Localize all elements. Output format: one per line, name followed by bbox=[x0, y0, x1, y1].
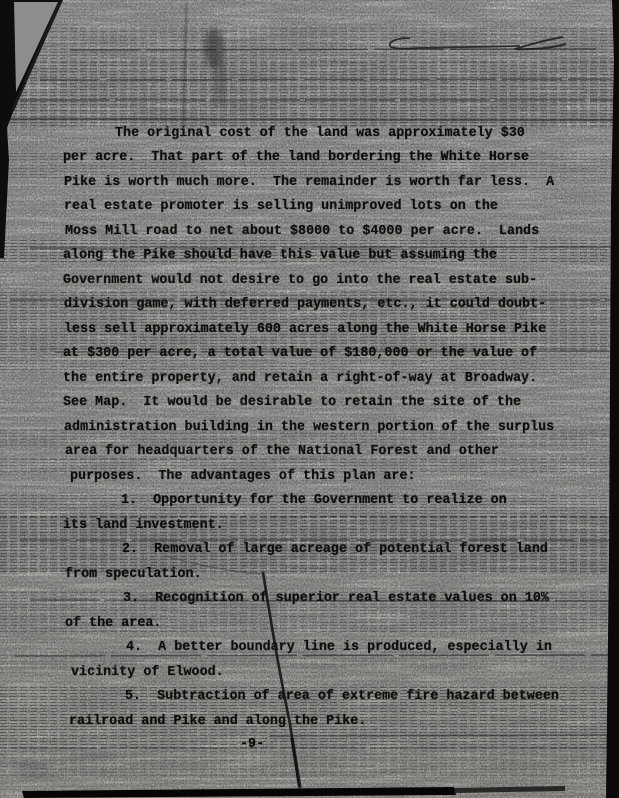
text-line: less sell approximately 600 acres along … bbox=[64, 322, 546, 337]
text-line: Moss Mill road to net about $8000 to $40… bbox=[65, 224, 539, 239]
text-line: See Map. It would be desirable to retain… bbox=[63, 395, 521, 410]
text-line: from speculation. bbox=[65, 567, 202, 582]
text-line: railroad and Pike and along the Pike. bbox=[69, 714, 366, 729]
text-line: The original cost of the land was approx… bbox=[63, 126, 525, 141]
text-line: of the area. bbox=[65, 616, 161, 631]
document-lines: The original cost of the land was approx… bbox=[0, 0, 619, 798]
text-line: vicinity of Elwood. bbox=[71, 665, 224, 680]
text-line: its land investment. bbox=[63, 518, 224, 533]
text-line: 3. Recognition of superior real estate v… bbox=[65, 591, 549, 606]
text-line: administration building in the western p… bbox=[64, 420, 554, 435]
text-line: per acre. That part of the land borderin… bbox=[63, 150, 529, 165]
text-line: 5. Subtraction of area of extreme fire h… bbox=[67, 689, 559, 704]
text-line: 2. Removal of large acreage of potential… bbox=[64, 542, 548, 557]
text-line: division game, with deferred payments, e… bbox=[64, 297, 546, 312]
text-line: the entire property, and retain a right-… bbox=[63, 371, 537, 386]
text-line: area for headquarters of the National Fo… bbox=[65, 444, 499, 459]
text-line: at $300 per acre, a total value of $180,… bbox=[63, 346, 537, 361]
text-line: 4. A better boundary line is produced, e… bbox=[68, 640, 552, 655]
text-line: real estate promoter is selling unimprov… bbox=[64, 199, 498, 214]
text-line: 1. Opportunity for the Government to rea… bbox=[63, 493, 507, 508]
text-line: Government would not desire to go into t… bbox=[63, 273, 537, 288]
text-line: along the Pike should have this value bu… bbox=[63, 248, 497, 263]
text-line: Pike is worth much more. The remainder i… bbox=[64, 175, 554, 190]
scanned-document-page: The original cost of the land was approx… bbox=[0, 0, 619, 798]
text-line: purposes. The advantages of this plan ar… bbox=[70, 469, 416, 484]
